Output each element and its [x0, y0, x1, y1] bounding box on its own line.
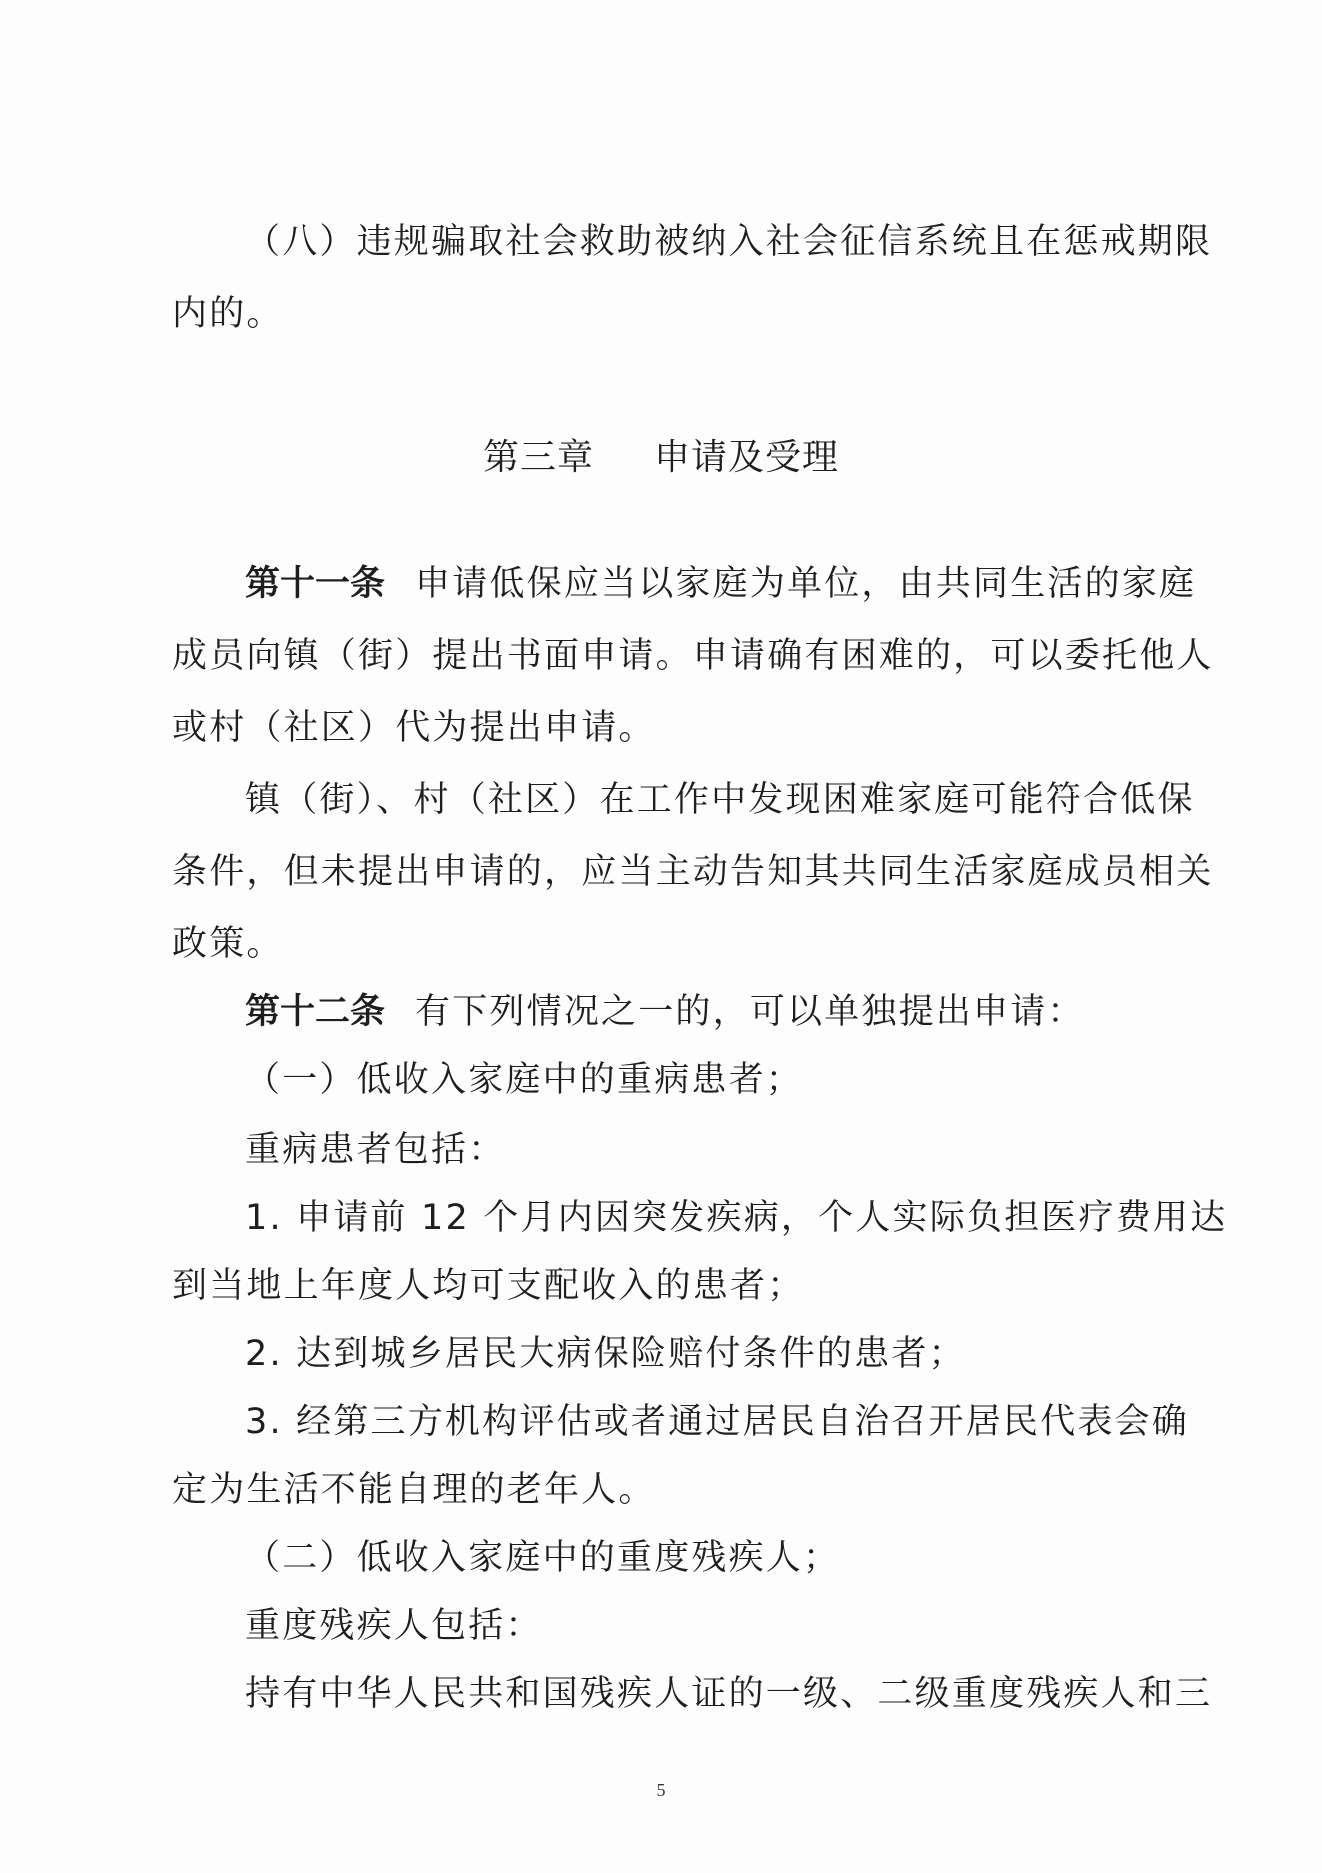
- article-12-line-1: 第十二条有下列情况之一的，可以单独提出申请：: [245, 990, 1147, 1034]
- item-2-line-1: 持有中华人民共和国残疾人证的一级、二级重度残疾人和三: [245, 1672, 1147, 1716]
- article-12-label: 第十二条: [245, 992, 385, 1032]
- paragraph-proactive-line-2: 条件，但未提出申请的，应当主动告知其共同生活家庭成员相关: [172, 850, 1147, 894]
- paragraph-proactive-line-3: 政策。: [172, 922, 1147, 966]
- item-1-1-line-1: 1. 申请前 12 个月内因突发疾病，个人实际负担医疗费用达: [245, 1196, 1147, 1240]
- item-1-1-line-2: 到当地上年度人均可支配收入的患者；: [172, 1264, 1147, 1308]
- article-11-line-2: 成员向镇（街）提出书面申请。申请确有困难的，可以委托他人: [172, 634, 1147, 678]
- item-2: （二）低收入家庭中的重度残疾人；: [245, 1536, 1147, 1580]
- chapter-title: 申请及受理: [654, 437, 839, 478]
- clause-8-line-1: （八）违规骗取社会救助被纳入社会征信系统且在惩戒期限: [245, 220, 1147, 264]
- item-1-3-line-1: 3. 经第三方机构评估或者通过居民自治召开居民代表会确: [245, 1400, 1147, 1444]
- article-11-line-3: 或村（社区）代为提出申请。: [172, 706, 1147, 750]
- item-1: （一）低收入家庭中的重病患者；: [245, 1058, 1147, 1102]
- item-1-3-line-2: 定为生活不能自理的老年人。: [172, 1468, 1147, 1512]
- paragraph-proactive-line-1: 镇（街）、村（社区）在工作中发现困难家庭可能符合低保: [245, 778, 1147, 822]
- article-11-text: 申请低保应当以家庭为单位，由共同生活的家庭: [415, 564, 1196, 604]
- article-11-line-1: 第十一条申请低保应当以家庭为单位，由共同生活的家庭: [245, 562, 1147, 606]
- item-1-subheading: 重病患者包括：: [245, 1128, 1147, 1172]
- article-11-label: 第十一条: [245, 564, 385, 604]
- page-number: 5: [0, 1780, 1322, 1801]
- item-1-2: 2. 达到城乡居民大病保险赔付条件的患者；: [245, 1332, 1147, 1376]
- clause-8-line-2: 内的。: [172, 292, 1147, 336]
- item-2-subheading: 重度残疾人包括：: [245, 1604, 1147, 1648]
- chapter-heading: 第三章申请及受理: [0, 436, 1322, 480]
- document-page: （八）违规骗取社会救助被纳入社会征信系统且在惩戒期限 内的。 第三章申请及受理 …: [0, 0, 1322, 1873]
- article-12-text: 有下列情况之一的，可以单独提出申请：: [415, 992, 1085, 1032]
- chapter-number: 第三章: [483, 437, 594, 478]
